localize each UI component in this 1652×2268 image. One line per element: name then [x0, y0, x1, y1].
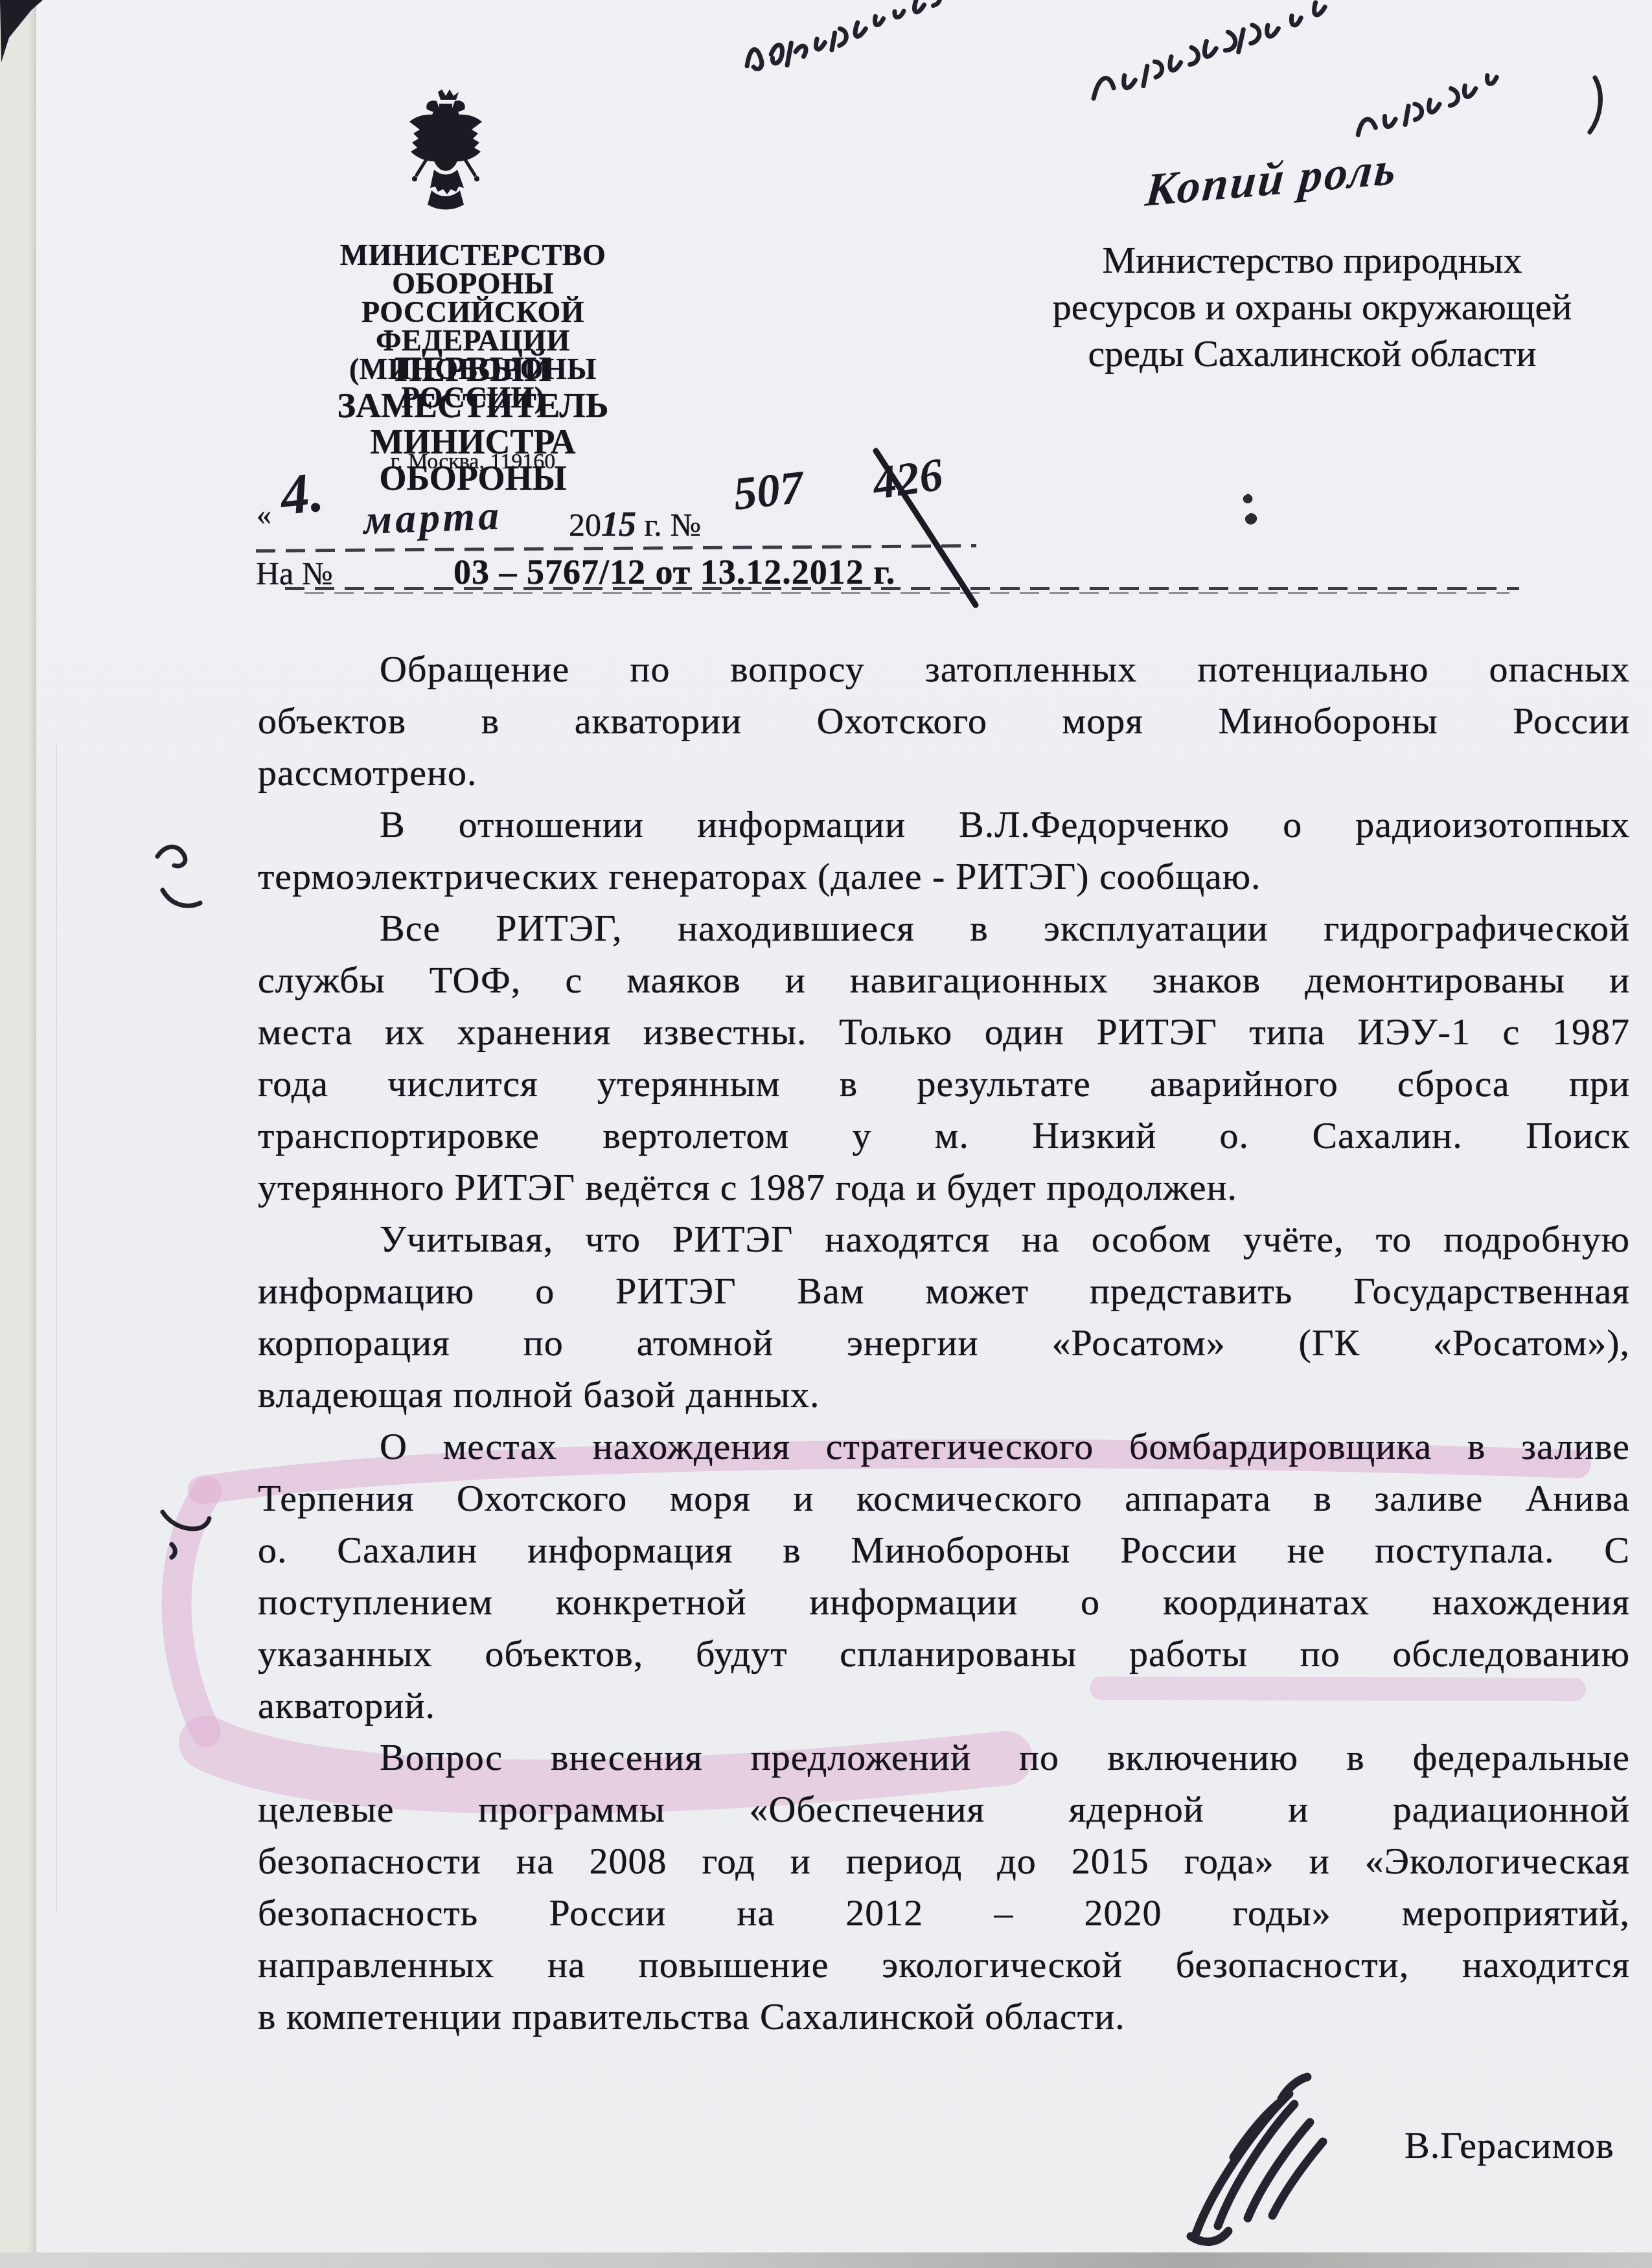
body-line: объектов в акватории Охотского моря Мино…: [258, 695, 1630, 747]
recipient-line: среды Сахалинской области: [996, 330, 1628, 377]
signature-name: В.Герасимов: [1405, 2124, 1614, 2167]
highlighted-paragraph: О местах нахождения стратегического бомб…: [258, 1421, 1630, 1732]
outgoing-number-part1: 507: [731, 461, 806, 521]
date-year-and-number-label: 2015 г. №: [569, 504, 701, 544]
handwritten-copy-note: Копий роль: [1143, 141, 1400, 218]
paper-crease: [56, 745, 57, 1911]
body-line: Вопрос внесения предложений по включению…: [258, 1732, 1630, 1783]
year-hand-part: 15: [601, 505, 636, 544]
body-line: транспортировке вертолетом у м. Низкий о…: [258, 1110, 1630, 1162]
outgoing-number-part2: 426: [869, 448, 946, 510]
body-line: безопасности на 2008 год и период до 201…: [258, 1835, 1630, 1887]
scan-edge-left: [0, 0, 36, 2268]
reference-underline-faint: [304, 592, 1509, 594]
top-right-paren-stroke: [1590, 78, 1600, 132]
body-line: В отношении информации В.Л.Федорченко о …: [258, 799, 1630, 851]
recipient-line: ресурсов и охраны окружающей: [996, 284, 1628, 330]
org-line: МИНИСТЕРСТВО ОБОРОНЫ: [327, 241, 619, 298]
margin-scribble-2: [163, 1512, 209, 1557]
body-line: безопасность России на 2012 – 2020 годы»…: [258, 1887, 1630, 1939]
body-line: места их хранения известны. Только один …: [258, 1006, 1630, 1058]
scan-edge-bottom: [0, 2252, 1652, 2268]
body-line: Все РИТЭГ, находившиеся в эксплуатации г…: [258, 902, 1630, 954]
body-line: Обращение по вопросу затопленных потенци…: [258, 643, 1630, 695]
top-right-scribble2-icon: [1353, 74, 1501, 135]
top-center-scribble-icon: [744, 0, 943, 69]
body-line: информацию о РИТЭГ Вам может представить…: [258, 1265, 1630, 1317]
body-paragraph: Вопрос внесения предложений по включению…: [258, 1732, 1630, 2043]
body-line: акваторий.: [258, 1680, 1630, 1732]
year-typed-part: 20: [569, 507, 601, 543]
signature-scrawl-icon: [1191, 2077, 1323, 2241]
body-line: О местах нахождения стратегического бомб…: [258, 1421, 1630, 1472]
body-line: утерянного РИТЭГ ведётся с 1987 года и б…: [258, 1162, 1630, 1213]
date-underline: [256, 544, 976, 553]
scanned-letter-page: МИНИСТЕРСТВО ОБОРОНЫ РОССИЙСКОЙ ФЕДЕРАЦИ…: [0, 0, 1652, 2268]
body-line: Учитывая, что РИТЭГ находятся на особом …: [258, 1213, 1630, 1265]
recipient-block: Министерство природных ресурсов и охраны…: [996, 237, 1628, 377]
letterhead-city-line: г. Москва, 119160: [327, 450, 619, 474]
official-line: ПЕРВЫЙ ЗАМЕСТИТЕЛЬ: [327, 351, 619, 424]
body-line: указанных объектов, будут спланированы р…: [258, 1628, 1630, 1680]
org-line: РОССИЙСКОЙ ФЕДЕРАЦИИ: [327, 298, 619, 355]
body-paragraph: Учитывая, что РИТЭГ находятся на особом …: [258, 1213, 1630, 1421]
top-right-scribble-icon: [1088, 2, 1330, 98]
body-line: поступлением конкретной информации о коо…: [258, 1576, 1630, 1628]
body-text: Обращение по вопросу затопленных потенци…: [258, 643, 1630, 2043]
body-line: целевые программы «Обеспечения ядерной и…: [258, 1783, 1630, 1835]
body-paragraph: В отношении информации В.Л.Федорченко о …: [258, 799, 1630, 902]
body-line: владеющая полной базой данных.: [258, 1369, 1630, 1421]
body-line: службы ТОФ, с маяков и навигационных зна…: [258, 954, 1630, 1006]
body-line: года числится утерянным в результате ава…: [258, 1058, 1630, 1110]
date-day-handwritten: 4.: [277, 459, 327, 529]
recipient-line: Министерство природных: [996, 237, 1628, 284]
body-line: в компетенции правительства Сахалинской …: [258, 1991, 1630, 2043]
double-headed-eagle-icon: [407, 88, 485, 211]
body-line: термоэлектрических генераторах (далее - …: [258, 851, 1630, 902]
date-month-handwritten: марта: [363, 492, 503, 544]
body-line: корпорация по атомной энергии «Росатом» …: [258, 1317, 1630, 1369]
reference-value: 03 – 5767/12 от 13.12.2012 г.: [453, 552, 895, 592]
ink-smudge: [1243, 494, 1257, 525]
body-paragraph: Все РИТЭГ, находившиеся в эксплуатации г…: [258, 902, 1630, 1213]
date-quote: «: [257, 498, 271, 532]
body-line: Терпения Охотского моря и космического а…: [258, 1472, 1630, 1524]
body-line: рассмотрено.: [258, 747, 1630, 799]
body-paragraph: Обращение по вопросу затопленных потенци…: [258, 643, 1630, 799]
body-line: о. Сахалин информация в Минобороны Росси…: [258, 1524, 1630, 1576]
reference-underline: [285, 587, 1519, 590]
margin-scribble-1: [157, 847, 200, 906]
body-line: направленных на повышение экологической …: [258, 1939, 1630, 1991]
letterhead-official-title: ПЕРВЫЙ ЗАМЕСТИТЕЛЬ МИНИСТРА ОБОРОНЫ: [327, 351, 619, 496]
date-suffix: г. №: [645, 507, 702, 543]
